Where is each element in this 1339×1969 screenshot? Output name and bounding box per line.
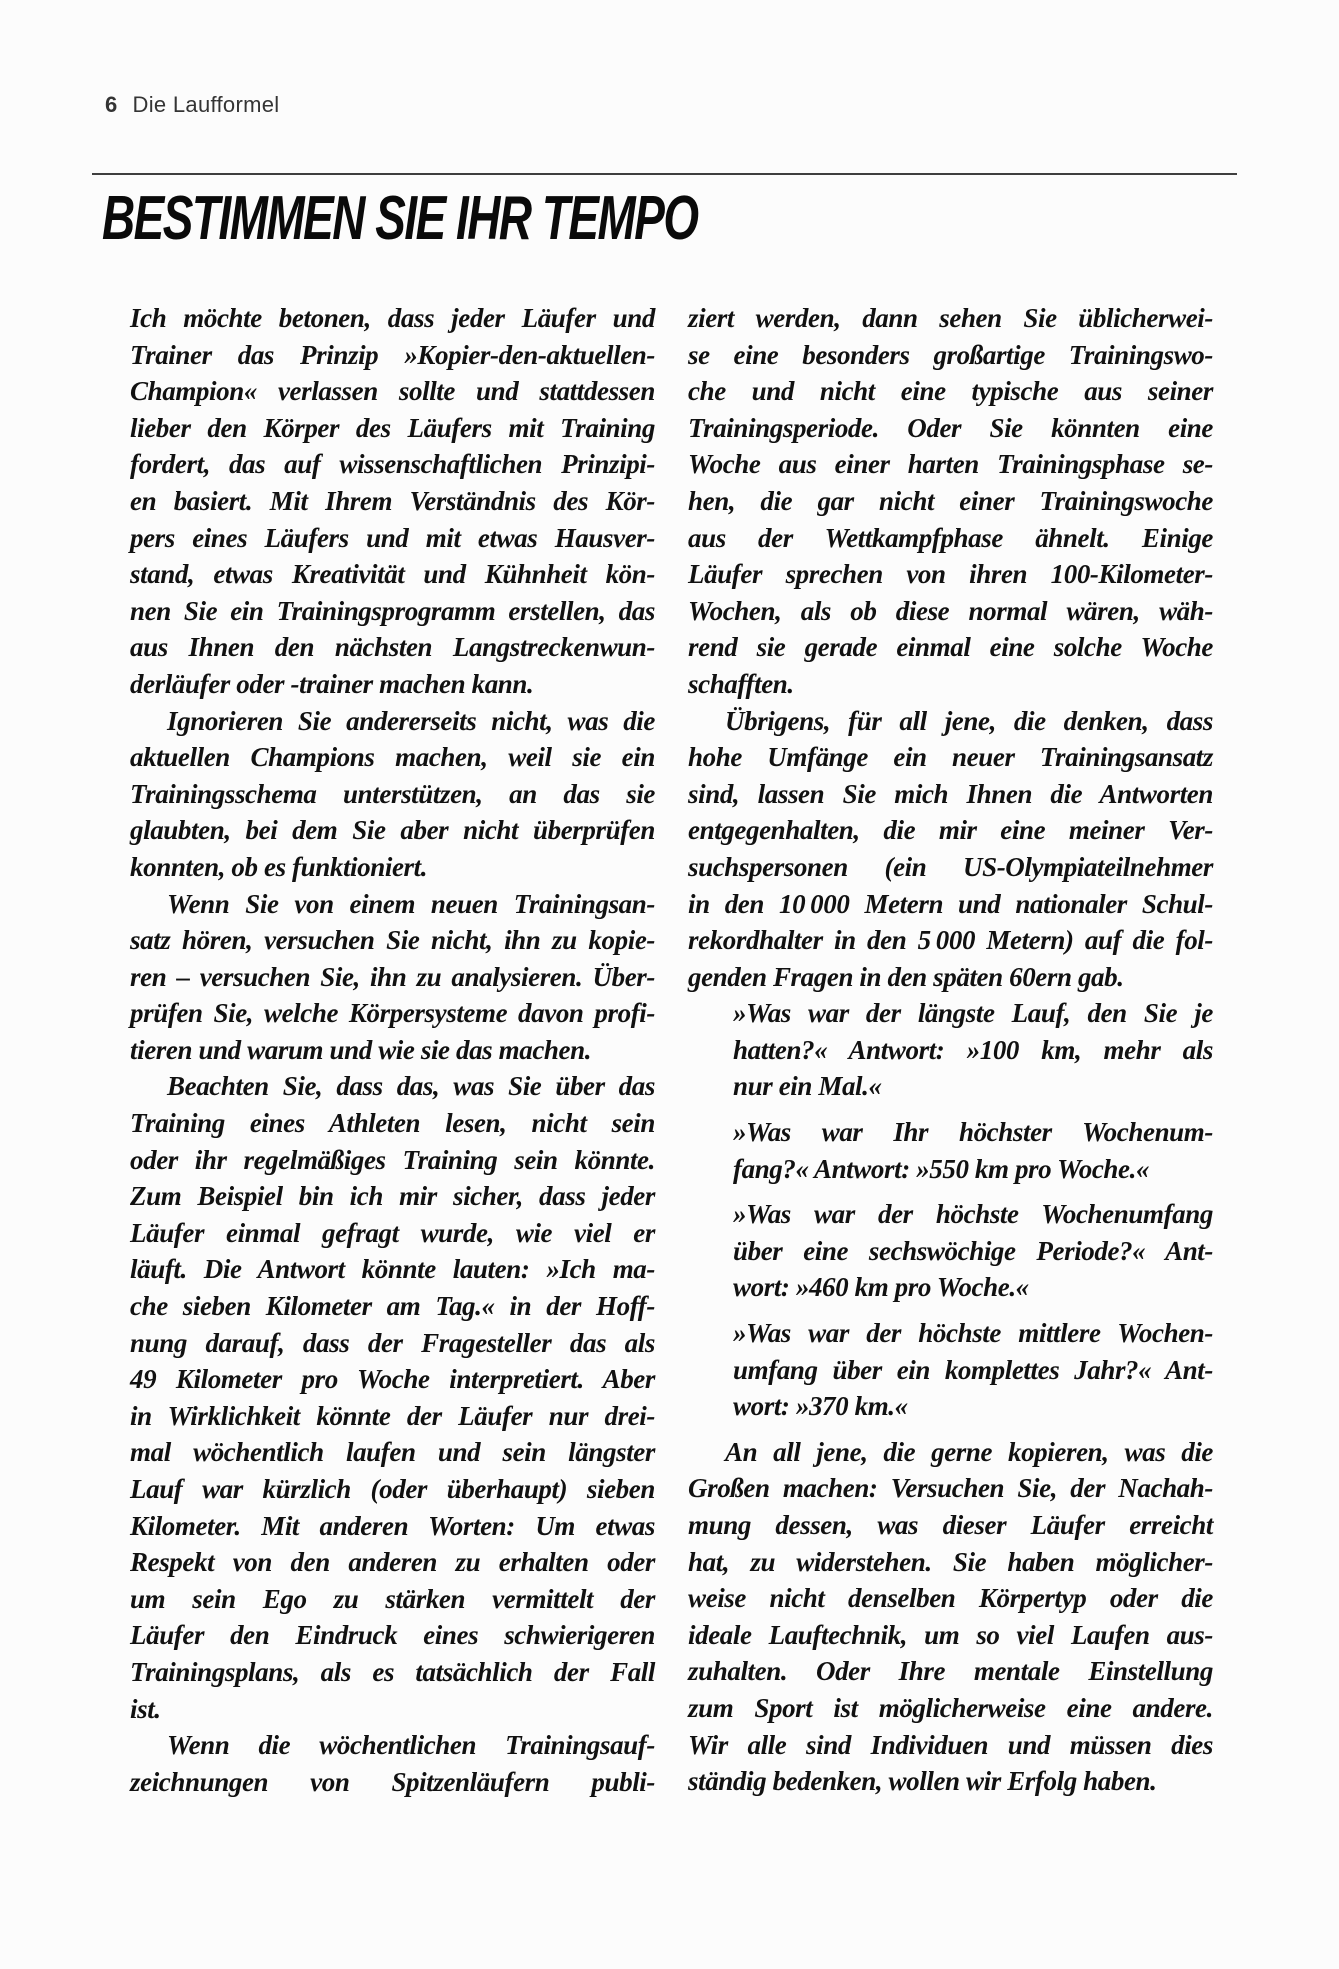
text-line: wort: »370 km.« — [733, 1388, 1213, 1425]
text-line: ren – versuchen Sie, ihn zu analysieren.… — [130, 959, 655, 996]
text-line: Trainingsplans, als es tatsächlich der F… — [130, 1654, 655, 1691]
text-line: lieber den Körper des Läufers mit Traini… — [130, 410, 655, 447]
text-line: Wochen, als ob diese normal wären, wäh- — [688, 593, 1213, 630]
text-line: che und nicht eine typische aus seiner — [688, 373, 1213, 410]
text-line: Kilometer. Mit anderen Worten: Um etwas — [130, 1508, 655, 1545]
text-line: Wenn Sie von einem neuen Trainingsan- — [130, 886, 655, 923]
text-line: fang?« Antwort: »550 km pro Woche.« — [733, 1151, 1213, 1188]
text-line: wort: »460 km pro Woche.« — [733, 1269, 1213, 1306]
text-line: Ich möchte betonen, dass jeder Läufer un… — [130, 300, 655, 337]
text-line: rekordhalter in den 5 000 Metern) auf di… — [688, 922, 1213, 959]
text-line: Woche aus einer harten Trainingsphase se… — [688, 446, 1213, 483]
text-line: nen Sie ein Trainingsprogramm erstellen,… — [130, 593, 655, 630]
text-line: läuft. Die Antwort könnte lauten: »Ich m… — [130, 1251, 655, 1288]
text-line: Großen machen: Versuchen Sie, der Nachah… — [688, 1470, 1213, 1507]
text-line: Läufer den Eindruck eines schwierigeren — [130, 1617, 655, 1654]
text-line: che sieben Kilometer am Tag.« in der Hof… — [130, 1288, 655, 1325]
text-line: Beachten Sie, dass das, was Sie über das — [130, 1068, 655, 1105]
text-line: »Was war der höchste mittlere Wochen- — [733, 1315, 1213, 1352]
text-line: Trainingsperiode. Oder Sie könnten eine — [688, 410, 1213, 447]
text-line: in Wirklichkeit könnte der Läufer nur dr… — [130, 1398, 655, 1435]
text-line: Übrigens, für all jene, die denken, dass — [688, 703, 1213, 740]
text-line: in den 10 000 Metern und nationaler Schu… — [688, 886, 1213, 923]
text-line: aus Ihnen den nächsten Langstreckenwun- — [130, 629, 655, 666]
text-line: prüfen Sie, welche Körpersysteme davon p… — [130, 995, 655, 1032]
text-line: mal wöchentlich laufen und sein längster — [130, 1434, 655, 1471]
text-line: fordert, das auf wissenschaftlichen Prin… — [130, 446, 655, 483]
text-line: Champion« verlassen sollte und stattdess… — [130, 373, 655, 410]
text-line: nung darauf, dass der Fragesteller das a… — [130, 1325, 655, 1362]
text-line: zeichnungen von Spitzenläufern publi- — [130, 1764, 655, 1801]
text-line: aus der Wettkampfphase ähnelt. Einige — [688, 520, 1213, 557]
text-line: weise nicht denselben Körpertyp oder die — [688, 1580, 1213, 1617]
text-line: ziert werden, dann sehen Sie üblicherwei… — [688, 300, 1213, 337]
text-line: zuhalten. Oder Ihre mentale Einstellung — [688, 1653, 1213, 1690]
right-text-column: ziert werden, dann sehen Sie üblicherwei… — [688, 300, 1213, 1800]
text-line: »Was war Ihr höchster Wochenum- — [733, 1114, 1213, 1151]
text-line: Training eines Athleten lesen, nicht sei… — [130, 1105, 655, 1142]
text-line: suchspersonen (ein US-Olympiateilnehmer — [688, 849, 1213, 886]
page-number: 6 — [105, 92, 118, 117]
text-line: umfang über ein komplettes Jahr?« Ant- — [733, 1352, 1213, 1389]
text-line: zum Sport ist möglicherweise eine andere… — [688, 1690, 1213, 1727]
paragraph: ziert werden, dann sehen Sie üblicherwei… — [688, 300, 1213, 703]
text-line: »Was war der längste Lauf, den Sie je — [733, 995, 1213, 1032]
text-line: konnten, ob es funktioniert. — [130, 849, 655, 886]
running-head: 6Die Laufformel — [105, 92, 279, 118]
text-line: Läufer einmal gefragt wurde, wie viel er — [130, 1215, 655, 1252]
text-line: aktuellen Champions machen, weil sie ein — [130, 739, 655, 776]
text-line: schafften. — [688, 666, 1213, 703]
quote-block: »Was war der höchste mittlere Wochen-umf… — [733, 1315, 1213, 1425]
paragraph: Beachten Sie, dass das, was Sie über das… — [130, 1068, 655, 1727]
text-line: Trainingsschema unterstützen, an das sie — [130, 776, 655, 813]
chapter-title: BESTIMMEN SIE IHR TEMPO — [102, 183, 698, 254]
text-line: ständig bedenken, wollen wir Erfolg habe… — [688, 1763, 1213, 1800]
paragraph: Wenn Sie von einem neuen Trainingsan-sat… — [130, 886, 655, 1069]
text-line: tieren und warum und wie sie das machen. — [130, 1032, 655, 1069]
text-line: ist. — [130, 1691, 655, 1728]
text-line: oder ihr regelmäßiges Training sein könn… — [130, 1142, 655, 1179]
text-line: hohe Umfänge ein neuer Trainingsansatz — [688, 739, 1213, 776]
text-line: genden Fragen in den späten 60ern gab. — [688, 959, 1213, 996]
text-line: entgegenhalten, die mir eine meiner Ver- — [688, 812, 1213, 849]
book-page: 6Die Laufformel BESTIMMEN SIE IHR TEMPO … — [0, 0, 1339, 1969]
quote-block: »Was war der höchste Wochenumfangüber ei… — [733, 1196, 1213, 1306]
text-line: derläufer oder -trainer machen kann. — [130, 666, 655, 703]
text-line: ideale Lauftechnik, um so viel Laufen au… — [688, 1617, 1213, 1654]
header-divider — [92, 173, 1237, 175]
left-text-column: Ich möchte betonen, dass jeder Läufer un… — [130, 300, 655, 1800]
text-line: 49 Kilometer pro Woche interpretiert. Ab… — [130, 1361, 655, 1398]
paragraph: An all jene, die gerne kopieren, was die… — [688, 1434, 1213, 1800]
paragraph: Übrigens, für all jene, die denken, dass… — [688, 703, 1213, 996]
text-line: glaubten, bei dem Sie aber nicht überprü… — [130, 812, 655, 849]
text-line: Wir alle sind Individuen und müssen dies — [688, 1727, 1213, 1764]
text-line: Respekt von den anderen zu erhalten oder — [130, 1544, 655, 1581]
quote-block: »Was war der längste Lauf, den Sie jehat… — [733, 995, 1213, 1105]
text-line: pers eines Läufers und mit etwas Hausver… — [130, 520, 655, 557]
text-line: »Was war der höchste Wochenumfang — [733, 1196, 1213, 1233]
text-line: rend sie gerade einmal eine solche Woche — [688, 629, 1213, 666]
text-line: satz hören, versuchen Sie nicht, ihn zu … — [130, 922, 655, 959]
text-line: Ignorieren Sie andererseits nicht, was d… — [130, 703, 655, 740]
paragraph: Wenn die wöchentlichen Trainingsauf-zeic… — [130, 1727, 655, 1800]
text-line: um sein Ego zu stärken vermittelt der — [130, 1581, 655, 1618]
text-line: mung dessen, was dieser Läufer erreicht — [688, 1507, 1213, 1544]
text-line: hat, zu widerstehen. Sie haben möglicher… — [688, 1544, 1213, 1581]
quote-block: »Was war Ihr höchster Wochenum-fang?« An… — [733, 1114, 1213, 1187]
text-line: Trainer das Prinzip »Kopier-den-aktuelle… — [130, 337, 655, 374]
paragraph: Ignorieren Sie andererseits nicht, was d… — [130, 703, 655, 886]
paragraph: Ich möchte betonen, dass jeder Läufer un… — [130, 300, 655, 703]
text-line: sind, lassen Sie mich Ihnen die Antworte… — [688, 776, 1213, 813]
text-line: stand, etwas Kreativität und Kühnheit kö… — [130, 556, 655, 593]
text-line: An all jene, die gerne kopieren, was die — [688, 1434, 1213, 1471]
text-line: Läufer sprechen von ihren 100-Kilometer- — [688, 556, 1213, 593]
text-line: über eine sechswöchige Periode?« Ant- — [733, 1233, 1213, 1270]
text-line: hatten?« Antwort: »100 km, mehr als — [733, 1032, 1213, 1069]
text-line: nur ein Mal.« — [733, 1068, 1213, 1105]
text-line: Wenn die wöchentlichen Trainingsauf- — [130, 1727, 655, 1764]
text-line: en basiert. Mit Ihrem Verständnis des Kö… — [130, 483, 655, 520]
text-line: se eine besonders großartige Trainingswo… — [688, 337, 1213, 374]
book-title: Die Laufformel — [133, 92, 280, 117]
text-line: Zum Beispiel bin ich mir sicher, dass je… — [130, 1178, 655, 1215]
text-line: Lauf war kürzlich (oder überhaupt) siebe… — [130, 1471, 655, 1508]
text-line: hen, die gar nicht einer Trainingswoche — [688, 483, 1213, 520]
